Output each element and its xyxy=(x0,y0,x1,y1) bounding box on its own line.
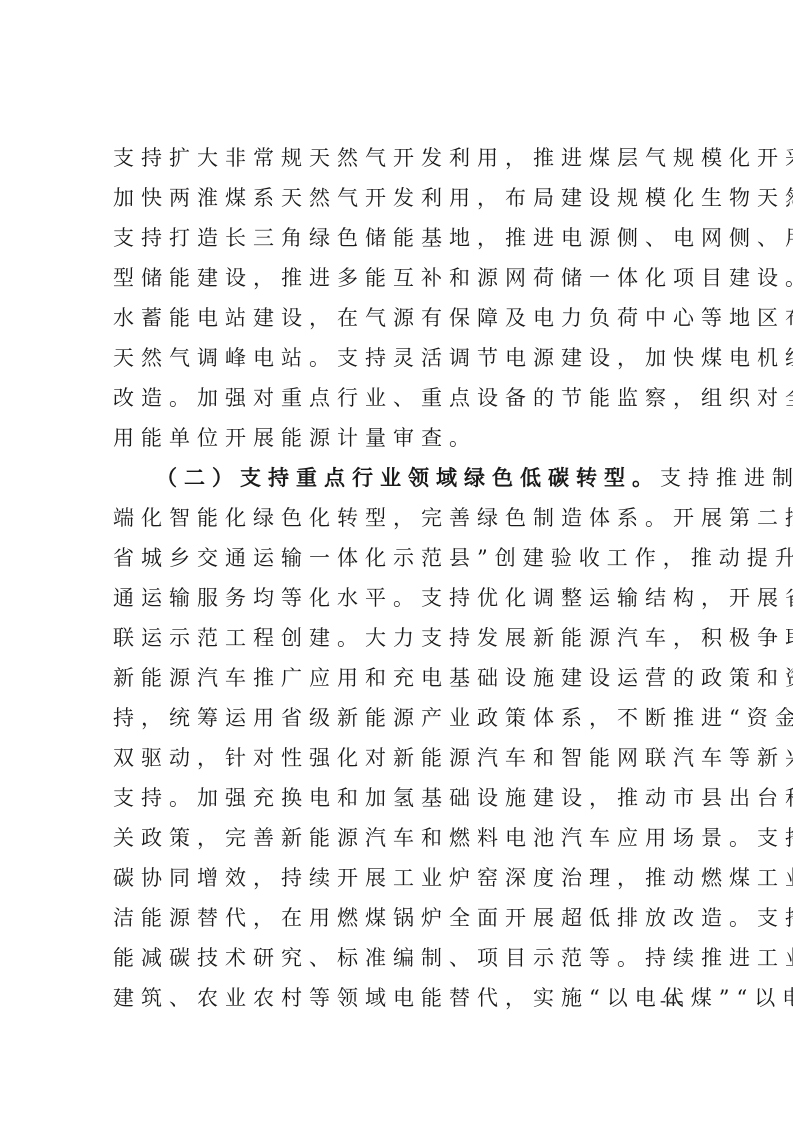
text-line: 水蓄能电站建设，在气源有保障及电力负荷中心等地区布局建设 xyxy=(113,298,688,338)
text-line: 天然气调峰电站。支持灵活调节电源建设，加快煤电机组灵活性 xyxy=(113,338,688,378)
text-line: 型储能建设，推进多能互补和源网荷储一体化项目建设。支持抽 xyxy=(113,258,688,298)
text-line: 能减碳技术研究、标准编制、项目示范等。持续推进工业、交通、 xyxy=(113,938,688,978)
text-line: 新能源汽车推广应用和充电基础设施建设运营的政策和资金支 xyxy=(113,658,688,698)
body-text: 支持扩大非常规天然气开发利用，推进煤层气规模化开采利用， 加快两淮煤系天然气开发… xyxy=(113,138,693,1018)
text-line: 支持扩大非常规天然气开发利用，推进煤层气规模化开采利用， xyxy=(113,138,688,178)
text-line: 省城乡交通运输一体化示范县”创建验收工作，推动提升城乡交 xyxy=(113,538,688,578)
document-page: 支持扩大非常规天然气开发利用，推进煤层气规模化开采利用， 加快两淮煤系天然气开发… xyxy=(0,0,793,1122)
text-line: 洁能源替代，在用燃煤锅炉全面开展超低排放改造。支持建筑节 xyxy=(113,898,688,938)
text-line: 支持。加强充换电和加氢基础设施建设，推动市县出台和落实相 xyxy=(113,778,688,818)
text-line: 建筑、农业农村等领域电能替代，实施“以电代煤”“以电代油”。 xyxy=(113,978,688,1018)
text-line: 改造。加强对重点行业、重点设备的节能监察，组织对全省重点 xyxy=(113,378,688,418)
text-line: 用能单位开展能源计量审查。 xyxy=(113,418,688,458)
section-heading-line: （二）支持重点行业领域绿色低碳转型。支持推进制造业高 xyxy=(113,458,688,498)
text-line: 双驱动，针对性强化对新能源汽车和智能网联汽车等新兴产业的 xyxy=(113,738,688,778)
text-line: 持，统筹运用省级新能源产业政策体系，不断推进“资金+资本” xyxy=(113,698,688,738)
text-line: 关政策，完善新能源汽车和燃料电池汽车应用场景。支持减污降 xyxy=(113,818,688,858)
text-line: 加快两淮煤系天然气开发利用，布局建设规模化生物天然气工程。 xyxy=(113,178,688,218)
text-line: 端化智能化绿色化转型，完善绿色制造体系。开展第二批“安徽 xyxy=(113,498,688,538)
section-heading: （二）支持重点行业领域绿色低碳转型。 xyxy=(156,465,660,490)
text-line: 碳协同增效，持续开展工业炉窑深度治理，推动燃煤工业炉窑清 xyxy=(113,858,688,898)
text-line: 支持打造长三角绿色储能基地，推进电源侧、电网侧、用户侧新 xyxy=(113,218,688,258)
heading-line-rest: 支持推进制造业高 xyxy=(660,466,793,490)
text-line: 通运输服务均等化水平。支持优化调整运输结构，开展省级多式 xyxy=(113,578,688,618)
text-line: 联运示范工程创建。大力支持发展新能源汽车，积极争取中央对 xyxy=(113,618,688,658)
page-number: -4- xyxy=(660,990,684,1011)
